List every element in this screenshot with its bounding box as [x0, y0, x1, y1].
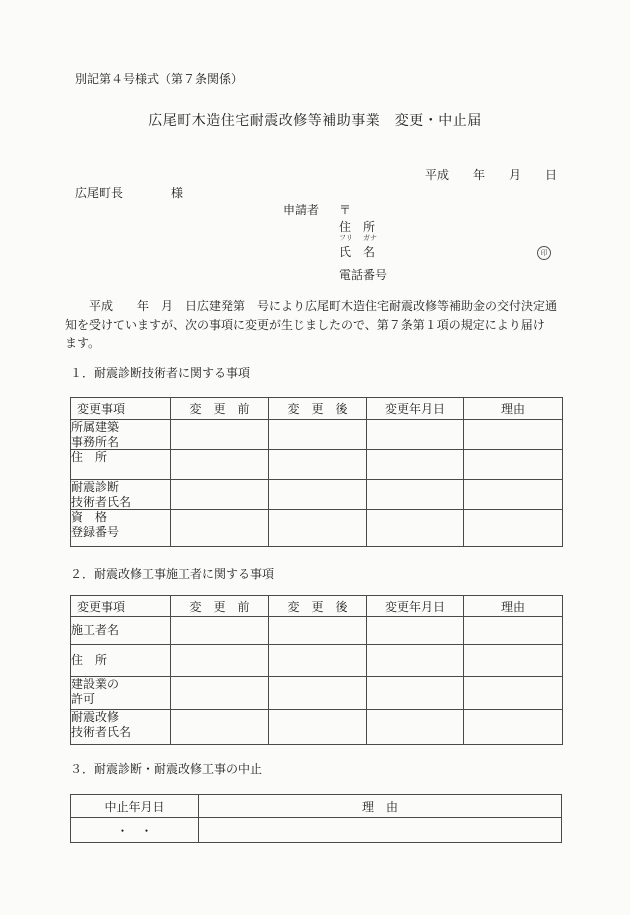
furigana-label: フリ ガナ [339, 233, 377, 243]
empty-cell [269, 710, 367, 745]
table-row: 所属建築 事務所名 [71, 420, 563, 450]
document-page: 別記第４号様式（第７条関係） 広尾町木造住宅耐震改修等補助事業 変更・中止届 平… [0, 0, 630, 915]
body-line-2: 知を受けていますが、次の事項に変更が生じましたので、第７条第１項の規定により届け [65, 316, 557, 335]
empty-cell [171, 645, 269, 677]
table-row: 住 所 [71, 645, 563, 677]
header-change-date: 変更年月日 [367, 398, 464, 420]
table-header-row: 中止年月日 理 由 [71, 795, 562, 818]
table-row: 耐震改修 技術者氏名 [71, 710, 563, 745]
applicant-line: 申請者〒 [283, 201, 351, 218]
header-change-item: 変更事項 [71, 398, 171, 420]
table-row: 施工者名 [71, 617, 563, 645]
empty-cell [269, 617, 367, 645]
empty-cell [464, 480, 563, 510]
header-cancel-date: 中止年月日 [71, 795, 199, 818]
header-after-change: 変 更 後 [269, 596, 367, 617]
empty-cell [269, 510, 367, 547]
page-title: 広尾町木造住宅耐震改修等補助事業 変更・中止届 [0, 110, 630, 130]
empty-cell [199, 818, 562, 843]
empty-cell [171, 480, 269, 510]
empty-cell [464, 617, 563, 645]
empty-cell [269, 645, 367, 677]
section-3-table: 中止年月日 理 由 ・ ・ [70, 794, 562, 843]
empty-cell [464, 645, 563, 677]
header-before-change: 変 更 前 [171, 398, 269, 420]
empty-cell [367, 677, 464, 710]
empty-cell [367, 617, 464, 645]
phone-label: 電話番号 [339, 266, 387, 283]
empty-cell [367, 710, 464, 745]
table-header-row: 変更事項 変 更 前 変 更 後 変更年月日 理由 [71, 398, 563, 420]
empty-cell [464, 710, 563, 745]
empty-cell [367, 480, 464, 510]
row-label-office: 所属建築 事務所名 [71, 420, 171, 450]
header-change-item: 変更事項 [71, 596, 171, 617]
empty-cell [464, 420, 563, 450]
header-change-date: 変更年月日 [367, 596, 464, 617]
empty-cell [367, 645, 464, 677]
empty-cell [269, 480, 367, 510]
row-label-qualification: 資 格 登録番号 [71, 510, 171, 547]
empty-cell [464, 510, 563, 547]
header-reason: 理由 [464, 398, 563, 420]
empty-cell [464, 677, 563, 710]
addressee: 広尾町長 様 [75, 184, 183, 201]
empty-cell [171, 510, 269, 547]
table-row: 住 所 [71, 450, 563, 480]
header-reason: 理由 [464, 596, 563, 617]
cancel-date-cell: ・ ・ [71, 818, 199, 843]
form-number: 別記第４号様式（第７条関係） [75, 70, 243, 87]
empty-cell [269, 677, 367, 710]
row-label-address: 住 所 [71, 645, 171, 677]
empty-cell [171, 617, 269, 645]
body-paragraph: 平成 年 月 日広建発第 号により広尾町木造住宅耐震改修等補助金の交付決定通 知… [65, 297, 557, 353]
row-label-contractor-name: 施工者名 [71, 617, 171, 645]
applicant-label: 申請者 [283, 203, 319, 217]
name-label: 氏 名 [339, 243, 375, 260]
row-label-retrofit-engineer-name: 耐震改修 技術者氏名 [71, 710, 171, 745]
empty-cell [367, 450, 464, 480]
empty-cell [464, 450, 563, 480]
table-row: 耐震診断 技術者氏名 [71, 480, 563, 510]
empty-cell [367, 510, 464, 547]
row-label-construction-license: 建設業の 許可 [71, 677, 171, 710]
body-line-3: ます。 [65, 334, 557, 353]
table-row: 資 格 登録番号 [71, 510, 563, 547]
postal-mark: 〒 [339, 203, 351, 217]
empty-cell [171, 420, 269, 450]
section-2-table: 変更事項 変 更 前 変 更 後 変更年月日 理由 施工者名 住 所 建設業の … [70, 595, 563, 745]
table-row: 建設業の 許可 [71, 677, 563, 710]
empty-cell [269, 420, 367, 450]
empty-cell [171, 710, 269, 745]
furigana-part-1: フリ [339, 233, 353, 243]
seal-icon: 印 [537, 246, 551, 260]
empty-cell [269, 450, 367, 480]
empty-cell [171, 677, 269, 710]
section-2-heading: ２．耐震改修工事施工者に関する事項 [70, 565, 274, 582]
table-header-row: 変更事項 変 更 前 変 更 後 変更年月日 理由 [71, 596, 563, 617]
row-label-address: 住 所 [71, 450, 171, 480]
row-label-engineer-name: 耐震診断 技術者氏名 [71, 480, 171, 510]
table-row: ・ ・ [71, 818, 562, 843]
empty-cell [171, 450, 269, 480]
section-3-heading: ３．耐震診断・耐震改修工事の中止 [70, 760, 262, 777]
furigana-part-2: ガナ [363, 233, 377, 243]
section-1-heading: １．耐震診断技術者に関する事項 [70, 364, 250, 381]
header-before-change: 変 更 前 [171, 596, 269, 617]
section-1-table: 変更事項 変 更 前 変 更 後 変更年月日 理由 所属建築 事務所名 住 所 … [70, 397, 563, 547]
body-line-1: 平成 年 月 日広建発第 号により広尾町木造住宅耐震改修等補助金の交付決定通 [65, 297, 557, 316]
header-after-change: 変 更 後 [269, 398, 367, 420]
date-line: 平成 年 月 日 [425, 166, 557, 183]
header-reason: 理 由 [199, 795, 562, 818]
empty-cell [367, 420, 464, 450]
